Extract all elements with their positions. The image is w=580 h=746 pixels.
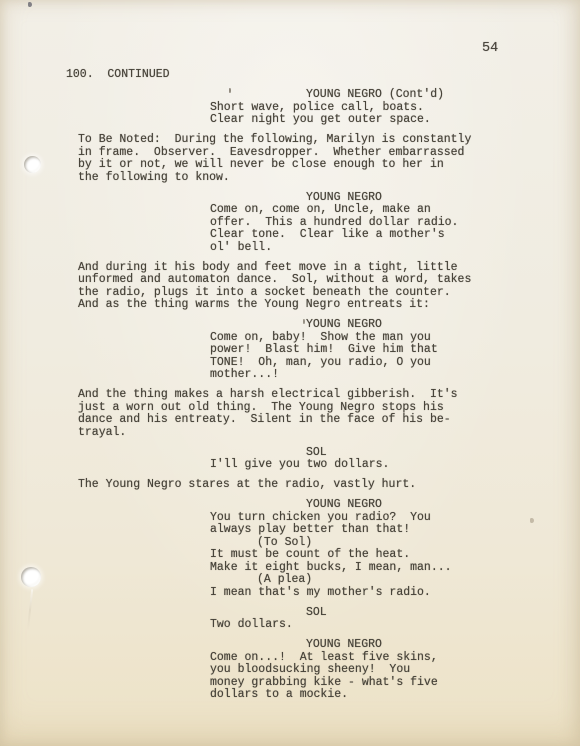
script-line: YOUNG NEGRO (Cont'd) [306, 89, 580, 102]
script-line: Come on, come on, Uncle, make an [210, 204, 580, 217]
script-line: dollars to a mockie. [210, 689, 580, 702]
script-line: SOL [306, 607, 580, 620]
script-line: Two dollars. [210, 619, 580, 632]
script-line: always play better than that! [210, 524, 580, 537]
script-line: To Be Noted: During the following, Maril… [78, 134, 580, 147]
script-line: Clear tone. Clear like a mother's [210, 229, 580, 242]
block-dialogue: Two dollars. [0, 619, 580, 632]
block-dialogue: It must be count of the heat.Make it eig… [0, 549, 580, 574]
script-page: 54 100. CONTINUEDYOUNG NEGRO (Cont'd)Sho… [0, 0, 580, 746]
block-action: And during it his body and feet move in … [0, 262, 580, 312]
script-line: trayal. [78, 427, 580, 440]
script-line: The Young Negro stares at the radio, vas… [78, 479, 580, 492]
block-action: To Be Noted: During the following, Maril… [0, 134, 580, 184]
script-line: I mean that's my mother's radio. [210, 587, 580, 600]
block-parenthetical: (A plea) [0, 574, 580, 587]
block-character: YOUNG NEGRO (Cont'd) [0, 89, 580, 102]
script-line: dance and his entreaty. Silent in the fa… [78, 414, 580, 427]
script-line: by it or not, we will never be close eno… [78, 159, 580, 172]
block-dialogue: Short wave, police call, boats.Clear nig… [0, 102, 580, 127]
block-scene-heading: 100. CONTINUED [0, 69, 580, 82]
script-line: I'll give you two dollars. [210, 459, 580, 472]
script-line: ol' bell. [210, 242, 580, 255]
block-dialogue: Come on...! At least five skins,you bloo… [0, 652, 580, 702]
page-number: 54 [482, 41, 498, 56]
script-line: YOUNG NEGRO [306, 639, 580, 652]
script-line: mother...! [210, 369, 580, 382]
block-action: And the thing makes a harsh electrical g… [0, 389, 580, 439]
block-character: YOUNG NEGRO [0, 319, 580, 332]
script-line: And as the thing warms the Young Negro e… [78, 299, 580, 312]
script-content: 100. CONTINUEDYOUNG NEGRO (Cont'd)Short … [0, 69, 580, 702]
block-dialogue: Come on, baby! Show the man youpower! Bl… [0, 332, 580, 382]
script-line: Clear night you get outer space. [210, 114, 580, 127]
script-line: the following to know. [78, 172, 580, 185]
block-dialogue: I mean that's my mother's radio. [0, 587, 580, 600]
script-line: 100. CONTINUED [66, 69, 580, 82]
script-line: And the thing makes a harsh electrical g… [78, 389, 580, 402]
script-line: It must be count of the heat. [210, 549, 580, 562]
block-dialogue: You turn chicken you radio? Youalways pl… [0, 512, 580, 537]
script-line: YOUNG NEGRO [306, 319, 580, 332]
block-dialogue: Come on, come on, Uncle, make anoffer. T… [0, 204, 580, 254]
script-line: YOUNG NEGRO [306, 499, 580, 512]
script-line: you bloodsucking sheeny! You [210, 664, 580, 677]
script-line: (A plea) [257, 574, 580, 587]
script-line: unformed and automaton dance. Sol, witho… [78, 274, 580, 287]
block-character: YOUNG NEGRO [0, 499, 580, 512]
script-line: power! Blast him! Give him that [210, 344, 580, 357]
block-action: The Young Negro stares at the radio, vas… [0, 479, 580, 492]
paper-speck [28, 2, 32, 7]
block-character: YOUNG NEGRO [0, 639, 580, 652]
block-dialogue: I'll give you two dollars. [0, 459, 580, 472]
